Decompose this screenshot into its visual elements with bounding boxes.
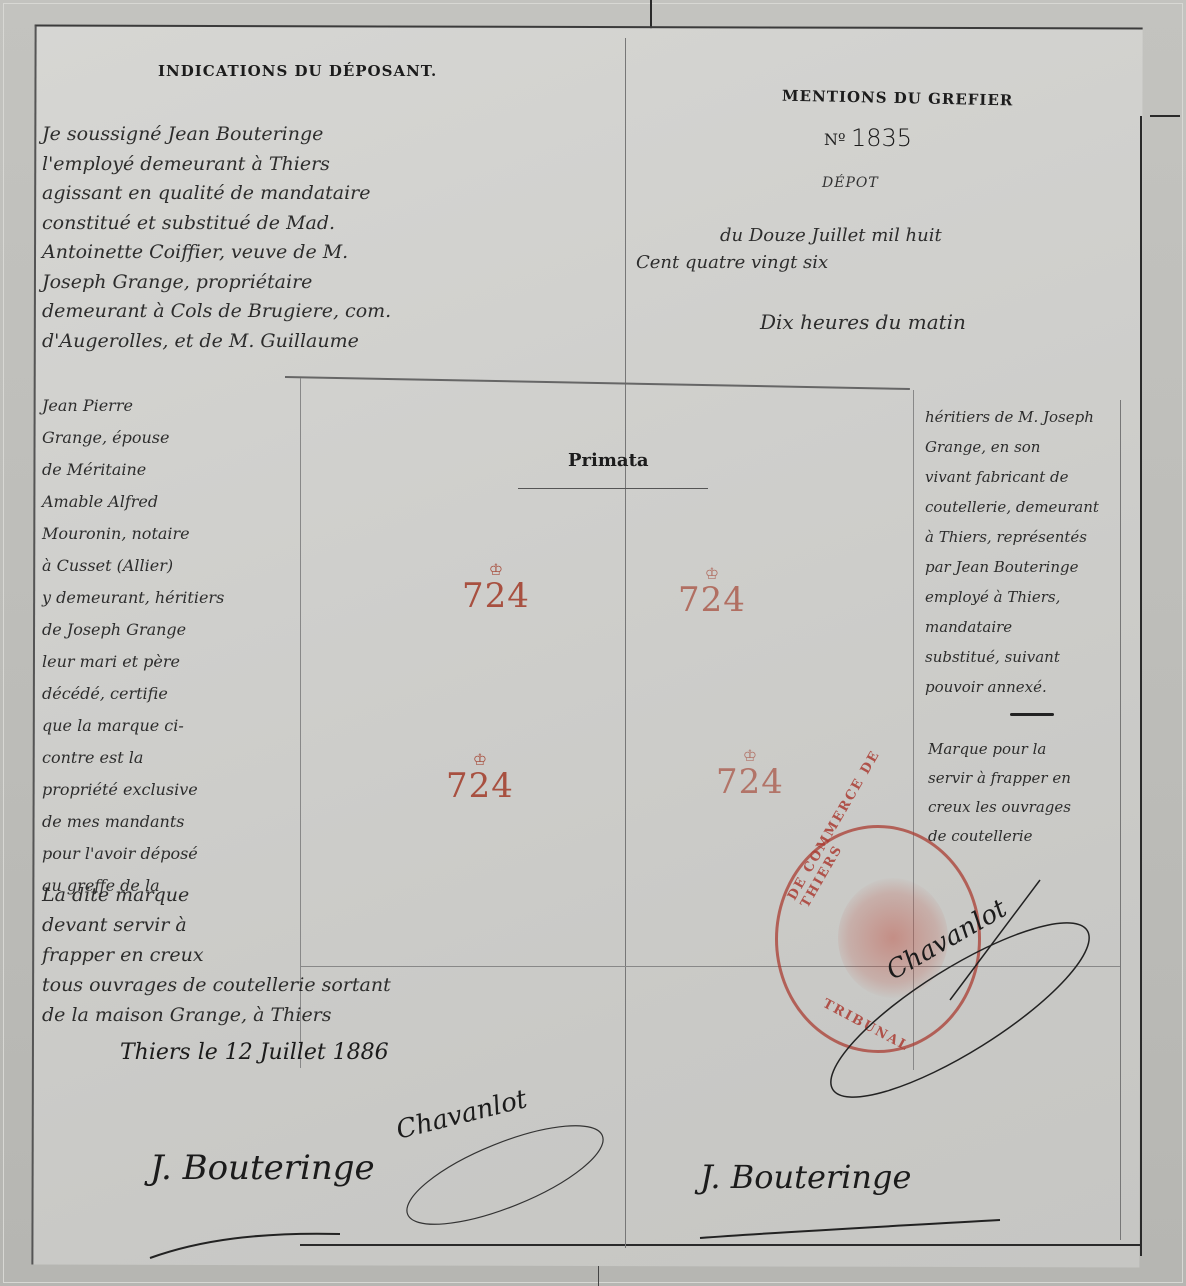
text-line: leur mari et père [42, 646, 224, 678]
number-label: Nº [824, 130, 846, 149]
depositor-text-bottom: La dite marque devant servir à frapper e… [42, 880, 391, 1030]
column-divider [625, 38, 626, 1248]
depositor-signature-right: J. Bouteringe [700, 1158, 911, 1196]
stamp-number: 724 [716, 764, 784, 800]
text-line: pour l'avoir déposé [42, 838, 224, 870]
specimen-label: Primata [568, 450, 649, 471]
text-line: tous ouvrages de coutellerie sortant [42, 970, 391, 1000]
text-line: devant servir à [42, 910, 391, 940]
specimen-box-bottom [300, 966, 1120, 967]
text-line: décédé, certifie [42, 678, 224, 710]
text-line: Jean Pierre [42, 390, 224, 422]
scan-background: INDICATIONS DU DÉPOSANT. MENTIONS DU GRE… [0, 0, 1186, 1286]
right-margin-rule [1120, 400, 1121, 1240]
text-line: creux les ouvrages [928, 793, 1071, 822]
text-line: par Jean Bouteringe [925, 552, 1099, 582]
stamp-number: 724 [446, 768, 514, 804]
text-line: demeurant à Cols de Brugiere, com. [42, 297, 391, 327]
text-line: l'employé demeurant à Thiers [42, 150, 391, 180]
text-line: de la maison Grange, à Thiers [42, 1000, 391, 1030]
trademark-stamp: ♔ 724 [716, 748, 784, 800]
text-line: que la marque ci- [42, 710, 224, 742]
text-line: servir à frapper en [928, 764, 1071, 793]
text-line: Grange, épouse [42, 422, 224, 454]
text-line: Marque pour la [928, 735, 1071, 764]
depot-label: DÉPOT [822, 175, 879, 191]
text-line: coutellerie, demeurant [925, 492, 1099, 522]
greffier-notes-top: héritiers de M. Joseph Grange, en son vi… [925, 402, 1099, 702]
depositor-text-narrow: Jean Pierre Grange, épouse de Méritaine … [42, 390, 224, 902]
deposit-number: 1835 [851, 124, 912, 152]
trademark-stamp: ♔ 724 [462, 562, 530, 614]
depot-date-line-2: Cent quatre vingt six [636, 252, 828, 273]
text-line: Mouronin, notaire [42, 518, 224, 550]
text-line: à Cusset (Allier) [42, 550, 224, 582]
text-line: frapper en creux [42, 940, 391, 970]
text-line: de Méritaine [42, 454, 224, 486]
text-line: de Joseph Grange [42, 614, 224, 646]
text-line: contre est la [42, 742, 224, 774]
text-line: d'Augerolles, et de M. Guillaume [42, 327, 391, 357]
depot-time: Dix heures du matin [760, 310, 966, 334]
text-line: de coutellerie [928, 822, 1071, 851]
trademark-stamp: ♔ 724 [446, 752, 514, 804]
depositor-signature-left: J. Bouteringe [150, 1148, 375, 1188]
section-dash [1010, 713, 1054, 716]
signing-date: Thiers le 12 Juillet 1886 [120, 1040, 389, 1065]
text-line: à Thiers, représentés [925, 522, 1099, 552]
text-line: La dite marque [42, 880, 391, 910]
text-line: y demeurant, héritiers [42, 582, 224, 614]
sheet-corner-rule [1150, 115, 1180, 117]
text-line: vivant fabricant de [925, 462, 1099, 492]
stamp-number: 724 [462, 578, 530, 614]
text-line: mandataire [925, 612, 1099, 642]
text-line: Je soussigné Jean Bouteringe [42, 120, 391, 150]
text-line: héritiers de M. Joseph [925, 402, 1099, 432]
depositor-text-top: Je soussigné Jean Bouteringe l'employé d… [42, 120, 391, 356]
text-line: Antoinette Coiffier, veuve de M. [42, 238, 391, 268]
sheet-bottom-border [300, 1244, 1140, 1246]
text-line: de mes mandants [42, 806, 224, 838]
heading-indications-deposant: INDICATIONS DU DÉPOSANT. [158, 62, 437, 80]
text-line: constitué et substitué de Mad. [42, 209, 391, 239]
text-line: employé à Thiers, [925, 582, 1099, 612]
greffier-notes-bottom: Marque pour la servir à frapper en creux… [928, 735, 1071, 851]
specimen-label-rule [518, 488, 708, 489]
trademark-stamp: ♔ 724 [678, 566, 746, 618]
text-line: pouvoir annexé. [925, 672, 1099, 702]
text-line: Grange, en son [925, 432, 1099, 462]
stamp-number: 724 [678, 582, 746, 618]
text-line: Joseph Grange, propriétaire [42, 268, 391, 298]
text-line: propriété exclusive [42, 774, 224, 806]
depot-date-line-1: du Douze Juillet mil huit [720, 225, 942, 246]
sheet-right-border [1140, 116, 1142, 1256]
text-line: substitué, suivant [925, 642, 1099, 672]
text-line: Amable Alfred [42, 486, 224, 518]
text-line: agissant en qualité de mandataire [42, 179, 391, 209]
